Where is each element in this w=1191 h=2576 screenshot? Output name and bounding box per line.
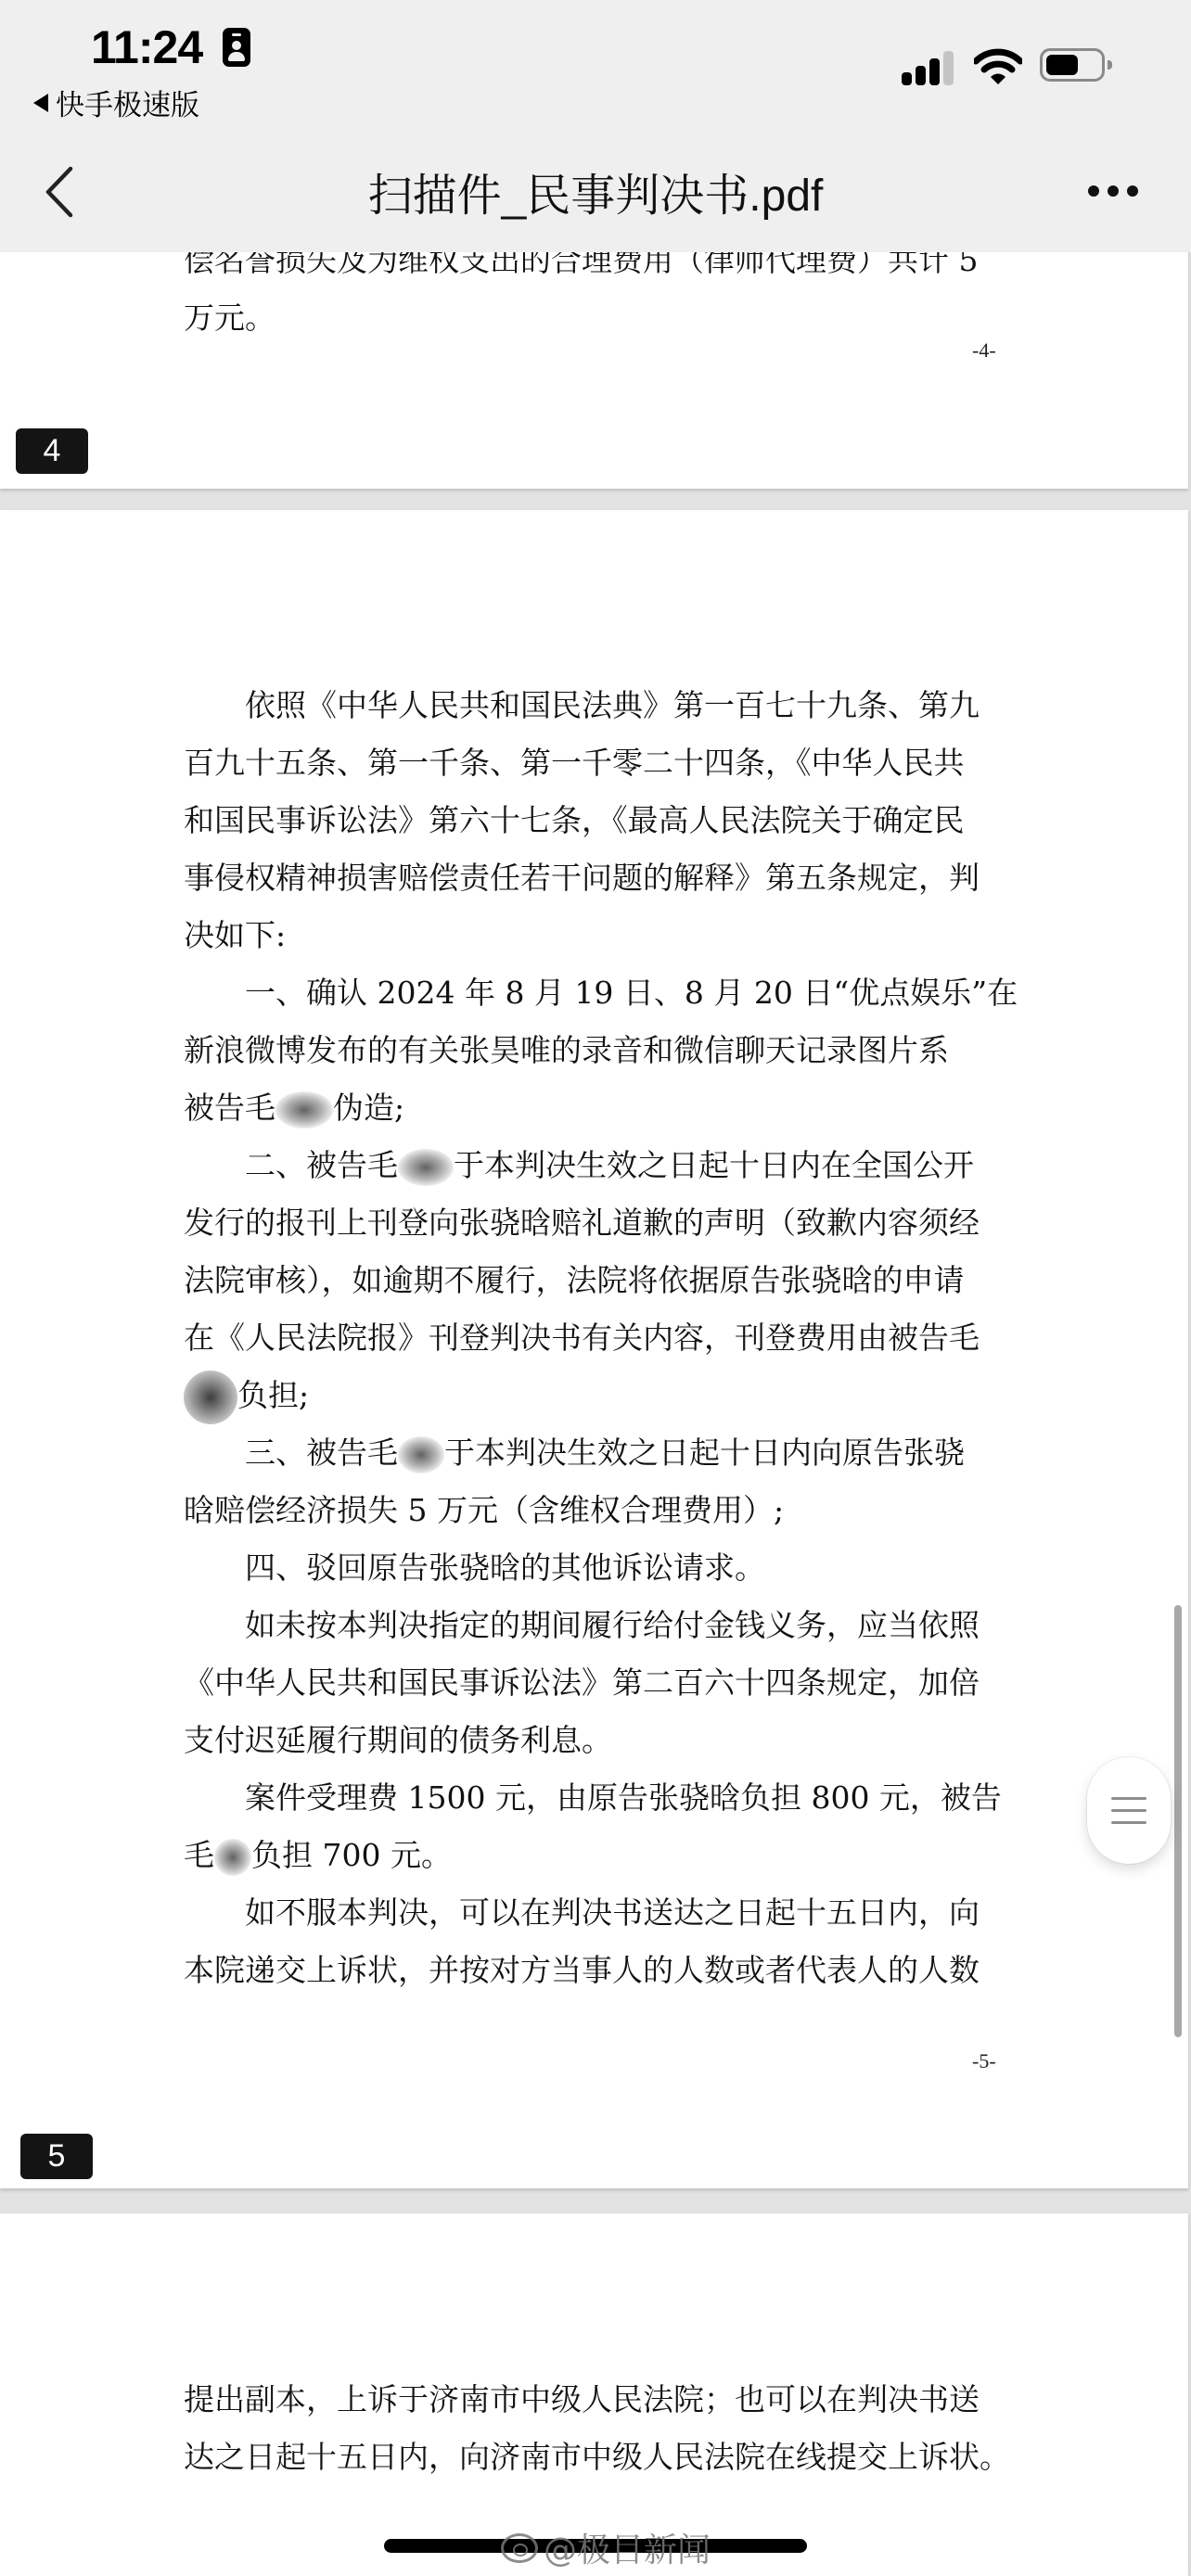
text-line: 被告毛伪造; [184,1079,1009,1137]
text-fragment: 被告毛 [184,1090,275,1126]
page-number-badge: 5 [20,2134,93,2179]
page-6-text: 提出副本，上诉于济南市中级人民法院；也可以在判决书送 达之日起十五日内，向济南市… [184,2371,1009,2486]
pdf-page-6: 提出副本，上诉于济南市中级人民法院；也可以在判决书送 达之日起十五日内，向济南市… [0,2213,1188,2576]
more-options-button[interactable] [1081,176,1146,210]
person-badge-icon [223,28,250,67]
status-time: 11:24 [91,20,202,74]
text-line: 法院审核），如逾期不履行，法院将依据原告张骁晗的申请 [184,1252,1009,1309]
text-line: 如不服本判决，可以在判决书送达之日起十五日内，向 [184,1884,1009,1942]
text-line: 四、驳回原告张骁晗的其他诉讼请求。 [184,1539,1009,1597]
text-line: 新浪微博发布的有关张昊唯的录音和微信聊天记录图片系 [184,1022,1009,1079]
text-fragment: 二、被告毛 [245,1147,398,1183]
text-fragment: 伪造; [333,1090,404,1126]
text-line: 百九十五条、第一千条、第一千零二十四条，《中华人民共 [184,734,1009,792]
page-folio: -4- [972,338,996,363]
text-line: 万元。 [184,289,1009,347]
text-fragment: 于本判决生效之日起十日内在全国公开 [454,1147,974,1183]
text-line: 负担; [184,1367,1009,1424]
battery-icon [1040,48,1105,82]
watermark: @极目新闻 [501,2524,711,2571]
text-line: 一、确认 2024 年 8 月 19 日、8 月 20 日“优点娱乐”在 [184,964,1009,1022]
text-line: 如未按本判决指定的期间履行给付金钱义务，应当依照 [184,1597,1009,1654]
redacted-name [184,1371,237,1424]
redacted-name [398,1149,454,1186]
text-line: 本院递交上诉状，并按对方当事人的人数或者代表人的人数 [184,1942,1009,1999]
text-line: 在《人民法院报》刊登判决书有关内容，刊登费用由被告毛 [184,1309,1009,1367]
text-line: 晗赔偿经济损失 5 万元（含维权合理费用）; [184,1482,1009,1539]
redacted-name [275,1091,333,1129]
pdf-page-5: 依照《中华人民共和国民法典》第一百七十九条、第九 百九十五条、第一千条、第一千零… [0,510,1188,2188]
text-line: 三、被告毛于本判决生效之日起十日内向原告张骁 [184,1424,1009,1482]
top-bar: 11:24 快手极速版 扫描件_民事判决书.pdf [0,0,1191,252]
text-line: 毛负担 700 元。 [184,1827,1009,1884]
text-fragment: 于本判决生效之日起十日内向原告张骁 [444,1435,965,1471]
back-triangle-icon [33,94,48,112]
text-fragment: 负担 700 元。 [251,1837,452,1873]
wifi-icon [974,48,1022,85]
text-line: 发行的报刊上刊登向张骁晗赔礼道歉的声明（致歉内容须经 [184,1194,1009,1252]
weibo-icon [501,2533,538,2563]
document-title: 扫描件_民事判决书.pdf [0,159,1191,223]
page-5-text: 依照《中华人民共和国民法典》第一百七十九条、第九 百九十五条、第一千条、第一千零… [184,677,1009,1999]
page-number-badge: 4 [16,428,88,474]
text-line: 事侵权精神损害赔偿责任若干问题的解释》第五条规定，判 [184,849,1009,907]
text-line: 和国民事诉讼法》第六十七条，《最高人民法院关于确定民 [184,792,1009,849]
menu-lines-icon [1111,1797,1146,1800]
outline-menu-button[interactable] [1087,1757,1171,1864]
cellular-signal-icon [902,50,957,85]
text-line: 支付迟延履行期间的债务利息。 [184,1712,1009,1769]
text-line: 案件受理费 1500 元，由原告张骁晗负担 800 元，被告 [184,1769,1009,1827]
pdf-page-4: 偿名誉损失及为维权支出的合理费用（律师代理费）共计 5 万元。 -4- 4 [0,223,1188,489]
text-line: 决如下: [184,907,1009,964]
text-fragment: 毛 [184,1837,214,1873]
watermark-text: @极目新闻 [544,2524,711,2571]
text-line: 提出副本，上诉于济南市中级人民法院；也可以在判决书送 [184,2371,1009,2429]
text-line: 《中华人民共和国民事诉讼法》第二百六十四条规定，加倍 [184,1654,1009,1712]
page-folio: -5- [972,2049,996,2073]
text-line: 依照《中华人民共和国民法典》第一百七十九条、第九 [184,677,1009,734]
back-app-label: 快手极速版 [56,82,199,123]
back-to-app-link[interactable]: 快手极速版 [33,82,199,123]
vertical-scrollbar[interactable] [1174,1605,1182,2037]
text-fragment: 三、被告毛 [245,1435,398,1471]
text-line: 二、被告毛于本判决生效之日起十日内在全国公开 [184,1137,1009,1194]
text-fragment: 负担; [237,1377,309,1413]
redacted-name [398,1436,444,1473]
redacted-name [214,1839,251,1876]
text-line: 达之日起十五日内，向济南市中级人民法院在线提交上诉状。 [184,2429,1009,2486]
